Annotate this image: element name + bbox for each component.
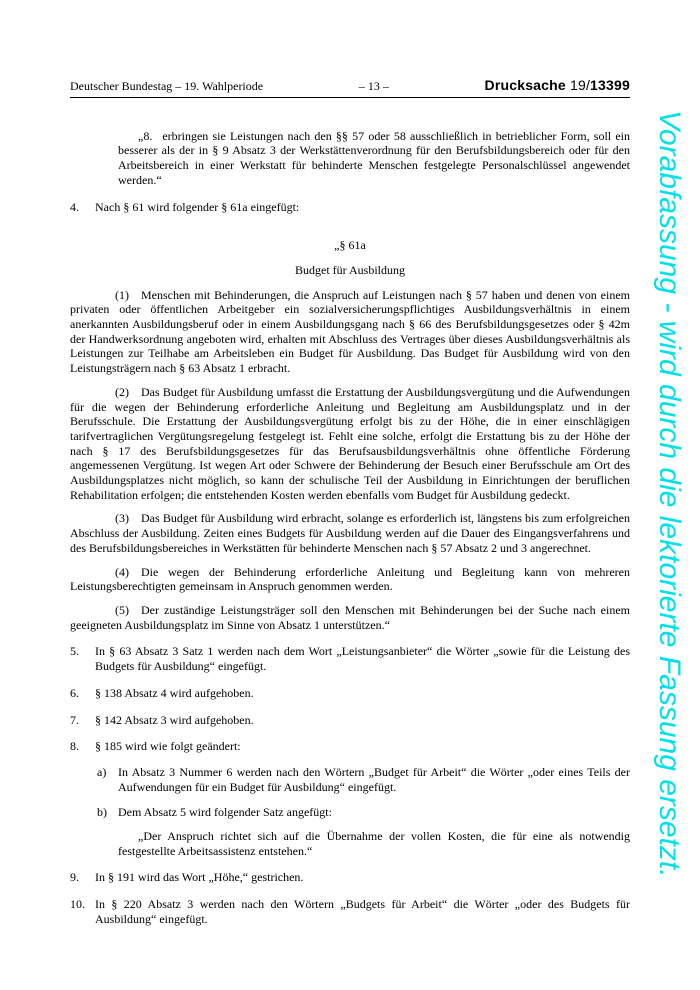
document-page: Deutscher Bundestag – 19. Wahlperiode – … — [0, 0, 700, 990]
page-header: Deutscher Bundestag – 19. Wahlperiode – … — [70, 0, 630, 98]
list-item-10-number: 10. — [70, 897, 85, 912]
list-item-7: 7.§ 142 Absatz 3 wird aufgehoben. — [70, 713, 630, 728]
list-item-5-number: 5. — [70, 644, 79, 659]
quoted-clause-8: „8.erbringen sie Leistungen nach den §§ … — [118, 129, 630, 188]
paragraph-1-number: (1) — [115, 288, 141, 302]
list-item-10: 10.In § 220 Absatz 3 werden nach den Wör… — [70, 897, 630, 926]
list-item-5: 5.In § 63 Absatz 3 Satz 1 werden nach de… — [70, 644, 630, 673]
paragraph-2-number: (2) — [115, 385, 141, 399]
list-item-8a-text: In Absatz 3 Nummer 6 werden nach den Wör… — [118, 765, 630, 794]
list-item-4: 4.Nach § 61 wird folgender § 61a eingefü… — [70, 200, 630, 215]
paragraph-3: (3)Das Budget für Ausbildung wird erbrac… — [70, 511, 630, 555]
list-item-4-text: Nach § 61 wird folgender § 61a eingefügt… — [95, 200, 299, 214]
header-journal-title: Deutscher Bundestag – 19. Wahlperiode — [70, 79, 263, 94]
list-item-8-text: § 185 wird wie folgt geändert: — [95, 739, 241, 753]
paragraph-2-text: Das Budget für Ausbildung umfasst die Er… — [70, 385, 630, 502]
paragraph-2: (2)Das Budget für Ausbildung umfasst die… — [70, 385, 630, 503]
list-item-6-text: § 138 Absatz 4 wird aufgehoben. — [95, 686, 254, 700]
list-item-4-number: 4. — [70, 200, 79, 215]
paragraph-1: (1)Menschen mit Behinderungen, die Anspr… — [70, 288, 630, 376]
list-item-8a-number: a) — [97, 765, 106, 780]
list-item-9-text: In § 191 wird das Wort „Höhe,“ gestriche… — [95, 870, 303, 884]
header-page-number: – 13 – — [359, 79, 389, 94]
quoted-clause-8-text: erbringen sie Leistungen nach den §§ 57 … — [118, 129, 630, 187]
paragraph-4-number: (4) — [115, 565, 141, 579]
paragraph-1-text: Menschen mit Behinderungen, die Anspruch… — [70, 288, 630, 376]
list-item-6: 6.§ 138 Absatz 4 wird aufgehoben. — [70, 686, 630, 701]
document-number: 13399 — [590, 77, 630, 93]
list-item-7-number: 7. — [70, 713, 79, 728]
list-item-8b-text: Dem Absatz 5 wird folgender Satz angefüg… — [118, 805, 332, 819]
list-item-6-number: 6. — [70, 686, 79, 701]
header-document-reference: Drucksache 19/13399 — [485, 78, 630, 93]
list-item-8: 8.§ 185 wird wie folgt geändert: — [70, 739, 630, 754]
list-item-9: 9.In § 191 wird das Wort „Höhe,“ gestric… — [70, 870, 630, 885]
list-item-7-text: § 142 Absatz 3 wird aufgehoben. — [95, 713, 254, 727]
list-item-5-text: In § 63 Absatz 3 Satz 1 werden nach dem … — [95, 644, 630, 673]
section-subheading: Budget für Ausbildung — [70, 263, 630, 278]
vorabfassung-watermark: Vorabfassung - wird durch die lektoriert… — [652, 110, 686, 878]
list-item-8-number: 8. — [70, 739, 79, 754]
paragraph-5: (5)Der zuständige Leistungsträger soll d… — [70, 603, 630, 632]
list-item-8b-number: b) — [97, 805, 107, 820]
list-item-10-text: In § 220 Absatz 3 werden nach den Wörter… — [95, 897, 630, 926]
paragraph-3-text: Das Budget für Ausbildung wird erbracht,… — [70, 511, 630, 554]
document-number-prefix: 19/ — [570, 77, 590, 93]
document-reference-label: Drucksache — [485, 77, 570, 93]
quoted-clause-8-number: „8. — [138, 129, 162, 143]
list-item-8a: a)In Absatz 3 Nummer 6 werden nach den W… — [97, 765, 630, 794]
section-heading: „§ 61a — [70, 238, 630, 253]
paragraph-4-text: Die wegen der Behinderung erforderliche … — [70, 565, 630, 594]
list-item-9-number: 9. — [70, 870, 79, 885]
list-item-8b: b)Dem Absatz 5 wird folgender Satz angef… — [97, 805, 630, 820]
paragraph-5-number: (5) — [115, 603, 141, 617]
page-content: Deutscher Bundestag – 19. Wahlperiode – … — [70, 0, 630, 927]
paragraph-5-text: Der zuständige Leistungsträger soll den … — [70, 603, 630, 632]
paragraph-4: (4)Die wegen der Behinderung erforderlic… — [70, 565, 630, 594]
list-item-8b-quote: „Der Anspruch richtet sich auf die Übern… — [118, 829, 630, 858]
paragraph-3-number: (3) — [115, 511, 141, 525]
